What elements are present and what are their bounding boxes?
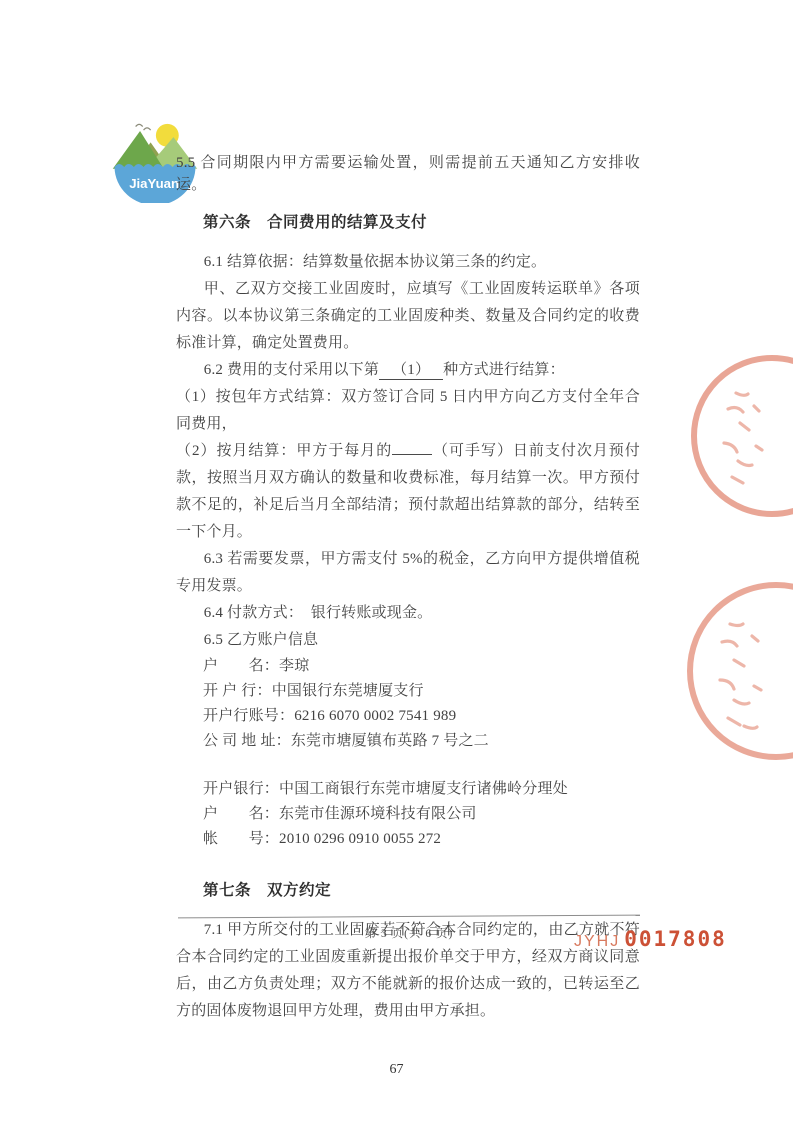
account-holder-value: 李琼 bbox=[279, 658, 309, 674]
account-number-label: 开户行账号： bbox=[203, 708, 294, 724]
bank-label: 开 户 行： bbox=[203, 683, 272, 699]
clause-6-2-prefix: 6.2 费用的支付采用以下第 bbox=[204, 362, 379, 378]
account-number-row: 开户行账号：6216 6070 0002 7541 989 bbox=[203, 704, 640, 729]
account-holder-row: 户 名：李琼 bbox=[203, 654, 640, 679]
jiayuan-logo-text: JiaYuan bbox=[129, 176, 179, 191]
account-number-row: 帐 号：2010 0296 0910 0055 272 bbox=[203, 827, 640, 852]
clause-6-3: 6.3 若需要发票，甲方需支付 5%的税金，乙方向甲方提供增值税专用发票。 bbox=[176, 546, 640, 600]
clause-6-2-item-2-prefix: （2）按月结算：甲方于每月的 bbox=[176, 443, 392, 459]
bank-value: 中国工商银行东莞市塘厦支行诸佛岭分理处 bbox=[279, 781, 568, 797]
clause-6-2-item-2: （2）按月结算：甲方于每月的（可手写）日前支付次月预付款，按照当月双方确认的数量… bbox=[176, 438, 640, 546]
account-holder-value: 东莞市佳源环境科技有限公司 bbox=[279, 806, 477, 822]
clause-6-1-handover: 甲、乙双方交接工业固废时，应填写《工业固废转运联单》各项内容。以本协议第三条确定… bbox=[176, 276, 640, 357]
account-holder-row: 户 名：东莞市佳源环境科技有限公司 bbox=[203, 802, 640, 827]
company-address-row: 公 司 地 址：东莞市塘厦镇布英路 7 号之二 bbox=[203, 729, 640, 754]
clause-6-1: 6.1 结算依据：结算数量依据本协议第三条的约定。 bbox=[176, 249, 640, 276]
bank-label: 开户银行： bbox=[203, 781, 279, 797]
pdf-page-number: 67 bbox=[0, 1062, 793, 1078]
account-number-value: 6216 6070 0002 7541 989 bbox=[294, 708, 456, 724]
clause-6-4: 6.4 付款方式： 银行转账或现金。 bbox=[176, 600, 640, 627]
bank-row: 开户银行：中国工商银行东莞市塘厦支行诸佛岭分理处 bbox=[203, 777, 640, 802]
scanned-contract-page: JiaYuan 5.5 合同期限内甲方需要运输处置，则需提前五天通知乙方安排收运… bbox=[0, 0, 793, 1122]
account-holder-label: 户 名： bbox=[203, 806, 279, 822]
serial-digits: 0017808 bbox=[624, 927, 727, 951]
company-address-value: 东莞市塘厦镇布英路 7 号之二 bbox=[291, 733, 489, 749]
red-seal-icon bbox=[678, 576, 793, 766]
bank-row: 开 户 行：中国银行东莞塘厦支行 bbox=[203, 679, 640, 704]
clause-6-2: 6.2 费用的支付采用以下第（1）种方式进行结算： bbox=[176, 357, 640, 384]
serial-number-stamp: JYHJ 0017808 bbox=[574, 927, 727, 951]
company-address-label: 公 司 地 址： bbox=[203, 733, 291, 749]
red-seal-stamp-upper bbox=[684, 351, 793, 526]
party-b-personal-account: 户 名：李琼 开 户 行：中国银行东莞塘厦支行 开户行账号：6216 6070 … bbox=[203, 654, 640, 754]
account-number-value: 2010 0296 0910 0055 272 bbox=[279, 831, 441, 847]
footer-page-info: 第 3 页(共 6 页) bbox=[178, 925, 640, 941]
contract-body: 5.5 合同期限内甲方需要运输处置，则需提前五天通知乙方安排收运。 第六条 合同… bbox=[176, 152, 640, 1025]
section-7-heading: 第七条 双方约定 bbox=[203, 879, 640, 903]
clause-5-5: 5.5 合同期限内甲方需要运输处置，则需提前五天通知乙方安排收运。 bbox=[176, 152, 640, 196]
clause-6-5: 6.5 乙方账户信息 bbox=[176, 627, 640, 654]
spacer bbox=[176, 754, 640, 777]
serial-prefix: JYHJ bbox=[574, 933, 620, 951]
bank-value: 中国银行东莞塘厦支行 bbox=[272, 683, 424, 699]
clause-6-2-filled-blank: （1） bbox=[379, 361, 443, 380]
account-holder-label: 户 名： bbox=[203, 658, 279, 674]
clause-6-2-suffix: 种方式进行结算： bbox=[443, 362, 565, 378]
red-seal-icon bbox=[684, 351, 793, 521]
red-seal-stamp-lower bbox=[678, 576, 793, 771]
clause-6-2-item-1: （1）按包年方式结算：双方签订合同 5 日内甲方向乙方支付全年合同费用， bbox=[176, 384, 640, 438]
party-b-company-account: 开户银行：中国工商银行东莞市塘厦支行诸佛岭分理处 户 名：东莞市佳源环境科技有限… bbox=[203, 777, 640, 852]
account-number-label: 帐 号： bbox=[203, 831, 279, 847]
clause-6-2-handwrite-blank bbox=[392, 441, 432, 455]
section-6-heading: 第六条 合同费用的结算及支付 bbox=[203, 211, 640, 235]
